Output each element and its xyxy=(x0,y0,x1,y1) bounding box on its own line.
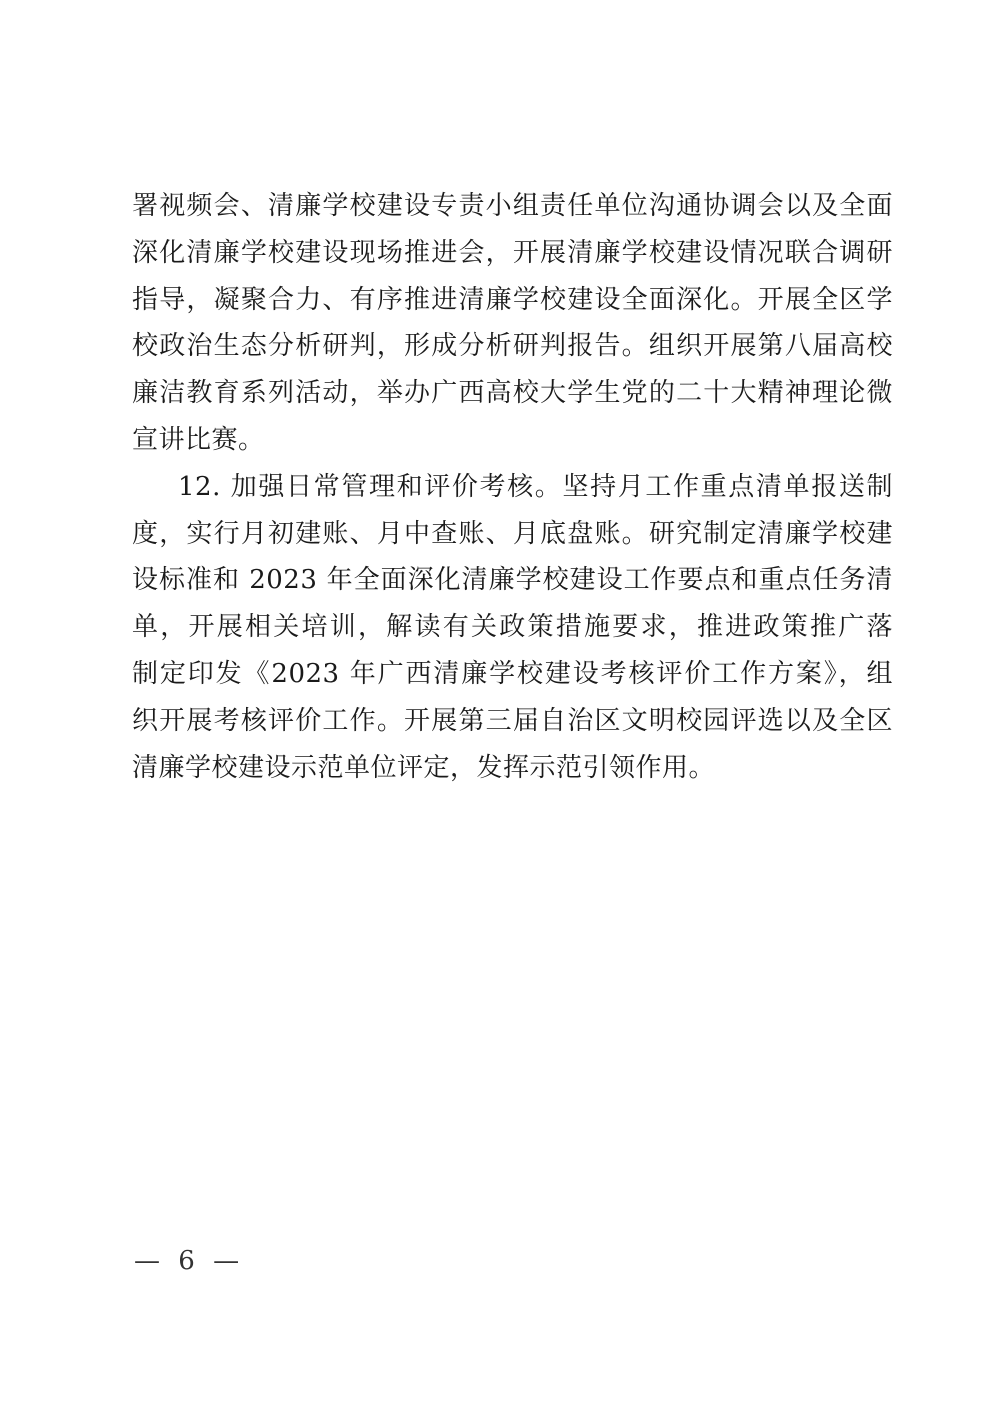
paragraph-line: 12. 加强日常管理和评价考核。坚持月工作重点清单报送制 xyxy=(132,464,893,511)
page-number-label: — 6 — xyxy=(134,1246,240,1276)
paragraph-line: 署视频会、清廉学校建设专责小组责任单位沟通协调会以及全面 xyxy=(132,183,893,230)
item-12-lead-in: 12. 加强日常管理和评价考核。 xyxy=(178,472,562,502)
document-page: 署视频会、清廉学校建设专责小组责任单位沟通协调会以及全面 深化清廉学校建设现场推… xyxy=(0,0,1000,1414)
paragraph-line-text: 坚持月工作重点清单报送制 xyxy=(562,472,893,502)
paragraph-line: 设标准和 2023 年全面深化清廉学校建设工作要点和重点任务清 xyxy=(132,557,893,604)
paragraph-line: 宣讲比赛。 xyxy=(132,417,893,464)
paragraph-line: 度，实行月初建账、月中查账、月底盘账。研究制定清廉学校建 xyxy=(132,511,893,558)
paragraph-line: 制定印发《2023 年广西清廉学校建设考核评价工作方案》，组 xyxy=(132,651,893,698)
paragraph-line: 校政治生态分析研判，形成分析研判报告。组织开展第八届高校 xyxy=(132,323,893,370)
paragraph-line: 深化清廉学校建设现场推进会，开展清廉学校建设情况联合调研 xyxy=(132,230,893,277)
paragraph-line: 清廉学校建设示范单位评定，发挥示范引领作用。 xyxy=(132,745,893,792)
paragraph-line: 织开展考核评价工作。开展第三届自治区文明校园评选以及全区 xyxy=(132,698,893,745)
paragraph-line: 指导，凝聚合力、有序推进清廉学校建设全面深化。开展全区学 xyxy=(132,277,893,324)
page-number: — 6 — xyxy=(134,1243,240,1279)
paragraph-line: 廉洁教育系列活动，举办广西高校大学生党的二十大精神理论微 xyxy=(132,370,893,417)
paragraph-line: 单，开展相关培训，解读有关政策措施要求，推进政策推广落实。 xyxy=(132,604,893,651)
body-text: 署视频会、清廉学校建设专责小组责任单位沟通协调会以及全面 深化清廉学校建设现场推… xyxy=(132,183,893,791)
